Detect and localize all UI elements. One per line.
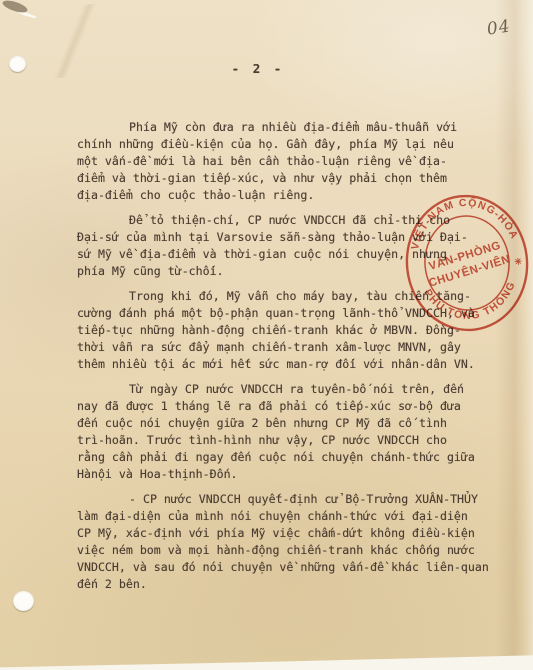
official-stamp: VIỆT-NAM CỘNG-HÒA PHỦ TỔNG THỐNG ✳ VĂN-P… bbox=[392, 186, 533, 341]
text-line: làm đại-diện của mình nói chuyện chánh-t… bbox=[77, 508, 497, 525]
text-line: việc ném bom và mọi hành-động chiến-tran… bbox=[77, 542, 497, 559]
text-line: Hànội và Hoa-thịnh-Đốn. bbox=[77, 466, 497, 483]
text-line: Phía Mỹ còn đưa ra nhiều địa-điểm mâu-th… bbox=[77, 119, 497, 136]
handwritten-page-note: 04 bbox=[486, 16, 512, 39]
scanned-page: 04 - 2 - Phía Mỹ còn đưa ra nhiều địa-đi… bbox=[0, 0, 533, 670]
paragraph: - CP nước VNDCCH quyết-định cử Bộ-Trưởng… bbox=[77, 491, 497, 593]
text-line: thêm nhiều tội ác mới hết sức man-rợ đối… bbox=[77, 356, 497, 373]
text-line: VNDCCH, và sau đó nói chuyện về những vấ… bbox=[77, 559, 497, 576]
text-line: chính những điều-kiện của họ. Gần đây, p… bbox=[77, 136, 497, 153]
text-line: CP Mỹ, xác-định với phía Mỹ việc chấm-dứ… bbox=[77, 525, 497, 542]
text-line: nay đã được 1 tháng lẽ ra đã phải có tiế… bbox=[77, 398, 497, 415]
stamp-group: VIỆT-NAM CỘNG-HÒA PHỦ TỔNG THỐNG ✳ VĂN-P… bbox=[400, 190, 533, 336]
text-line: - CP nước VNDCCH quyết-định cử Bộ-Trưởng… bbox=[77, 491, 497, 508]
text-line: thời vẫn ra sức đẩy mạnh chiến-tranh xâm… bbox=[77, 339, 497, 356]
hole-punch-bottom bbox=[13, 591, 34, 611]
text-line: đến cuộc nói chuyện giữa 2 bên nhưng CP … bbox=[77, 415, 497, 432]
text-line: rằng cần phải đi ngay đến cuộc nói chuyệ… bbox=[77, 449, 497, 466]
text-line: trì-hoãn. Trước tình-hình như vậy, CP nư… bbox=[77, 432, 497, 449]
stamp-top-text: VIỆT-NAM CỘNG-HÒA bbox=[404, 191, 521, 252]
text-line: điểm và thời-gian tiếp-xúc, và như vậy p… bbox=[77, 170, 497, 187]
page-number: - 2 - bbox=[0, 61, 516, 76]
text-line: Từ ngày CP nước VNDCCH ra tuyên-bố nói t… bbox=[77, 381, 497, 398]
text-line: đến 2 bên. bbox=[77, 576, 497, 593]
paragraph: Từ ngày CP nước VNDCCH ra tuyên-bố nói t… bbox=[77, 381, 497, 483]
text-line: một vấn-đề mới là hai bên cần thảo-luận … bbox=[77, 153, 497, 170]
stamp-star-icon: ✳ bbox=[514, 256, 523, 267]
